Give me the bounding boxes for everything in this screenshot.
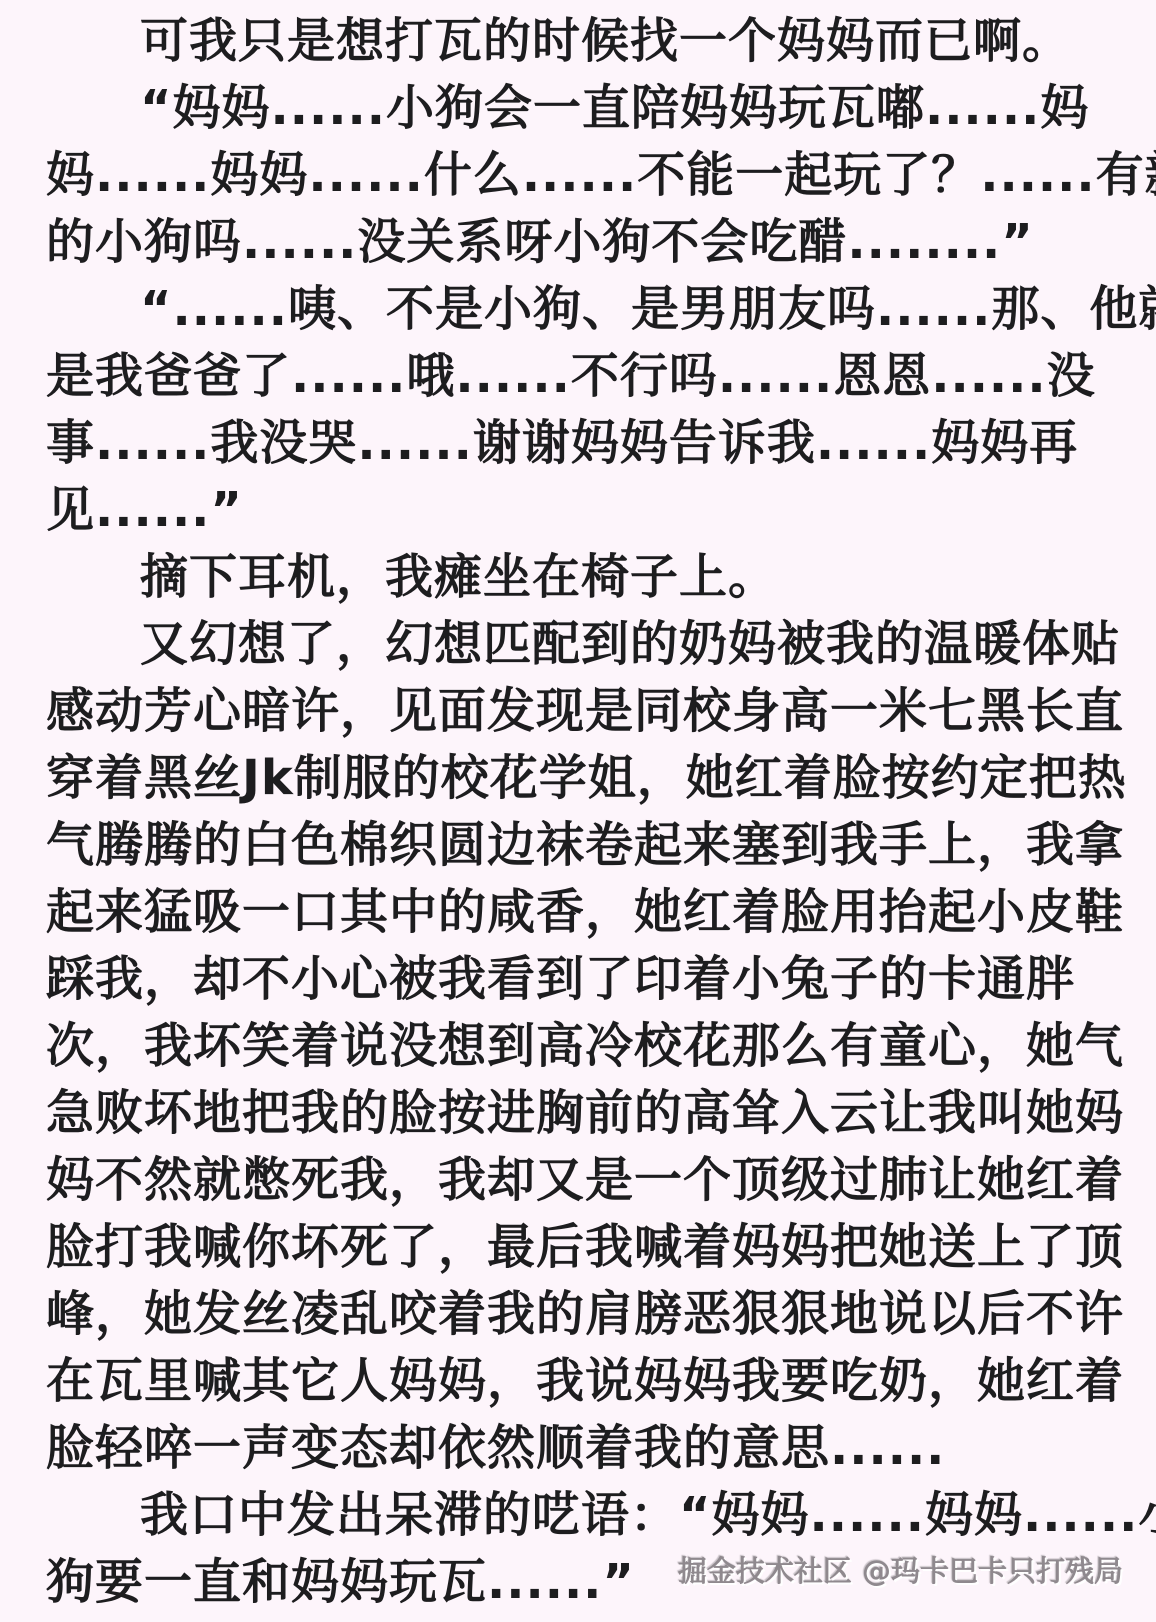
text-line: 急败坏地把我的脸按进胸前的高耸入云让我叫她妈 (46, 1080, 1118, 1147)
text-line: 可我只是想打瓦的时候找一个妈妈而已啊。 (46, 8, 1118, 75)
text-line: 感动芳心暗许，见面发现是同校身高一米七黑长直 (46, 678, 1118, 745)
text-line: 我口中发出呆滞的呓语：“妈妈......妈妈......小 (46, 1482, 1118, 1549)
text-line: 的小狗吗......没关系呀小狗不会吃醋........” (46, 209, 1118, 276)
text-line: “......咦、不是小狗、是男朋友吗......那、他就 (46, 276, 1118, 343)
watermark: 掘金技术社区 @玛卡巴卡只打残局 (678, 1549, 1123, 1590)
text-line: 脸轻啐一声变态却依然顺着我的意思...... (46, 1415, 1118, 1482)
text-line: “妈妈......小狗会一直陪妈妈玩瓦嘟......妈 (46, 75, 1118, 142)
novel-page: 可我只是想打瓦的时候找一个妈妈而已啊。“妈妈......小狗会一直陪妈妈玩瓦嘟.… (0, 0, 1156, 1622)
text-line: 妈不然就憋死我，我却又是一个顶级过肺让她红着 (46, 1147, 1118, 1214)
text-line: 是我爸爸了......哦......不行吗......恩恩......没 (46, 343, 1118, 410)
text-line: 峰，她发丝凌乱咬着我的肩膀恶狠狠地说以后不许 (46, 1281, 1118, 1348)
text-line: 次，我坏笑着说没想到高冷校花那么有童心，她气 (46, 1013, 1118, 1080)
novel-text-block: 可我只是想打瓦的时候找一个妈妈而已啊。“妈妈......小狗会一直陪妈妈玩瓦嘟.… (46, 8, 1118, 1616)
text-line: 见......” (46, 477, 1118, 544)
text-line: 穿着黑丝Jk制服的校花学姐，她红着脸按约定把热 (46, 745, 1118, 812)
text-line: 又幻想了，幻想匹配到的奶妈被我的温暖体贴 (46, 611, 1118, 678)
text-line: 妈......妈妈......什么......不能一起玩了？......有新 (46, 142, 1118, 209)
text-line: 在瓦里喊其它人妈妈，我说妈妈我要吃奶，她红着 (46, 1348, 1118, 1415)
text-line: 起来猛吸一口其中的咸香，她红着脸用抬起小皮鞋 (46, 879, 1118, 946)
text-line: 脸打我喊你坏死了，最后我喊着妈妈把她送上了顶 (46, 1214, 1118, 1281)
text-line: 事......我没哭......谢谢妈妈告诉我......妈妈再 (46, 410, 1118, 477)
text-line: 踩我，却不小心被我看到了印着小兔子的卡通胖 (46, 946, 1118, 1013)
text-line: 气腾腾的白色棉织圆边袜卷起来塞到我手上，我拿 (46, 812, 1118, 879)
text-line: 摘下耳机，我瘫坐在椅子上。 (46, 544, 1118, 611)
